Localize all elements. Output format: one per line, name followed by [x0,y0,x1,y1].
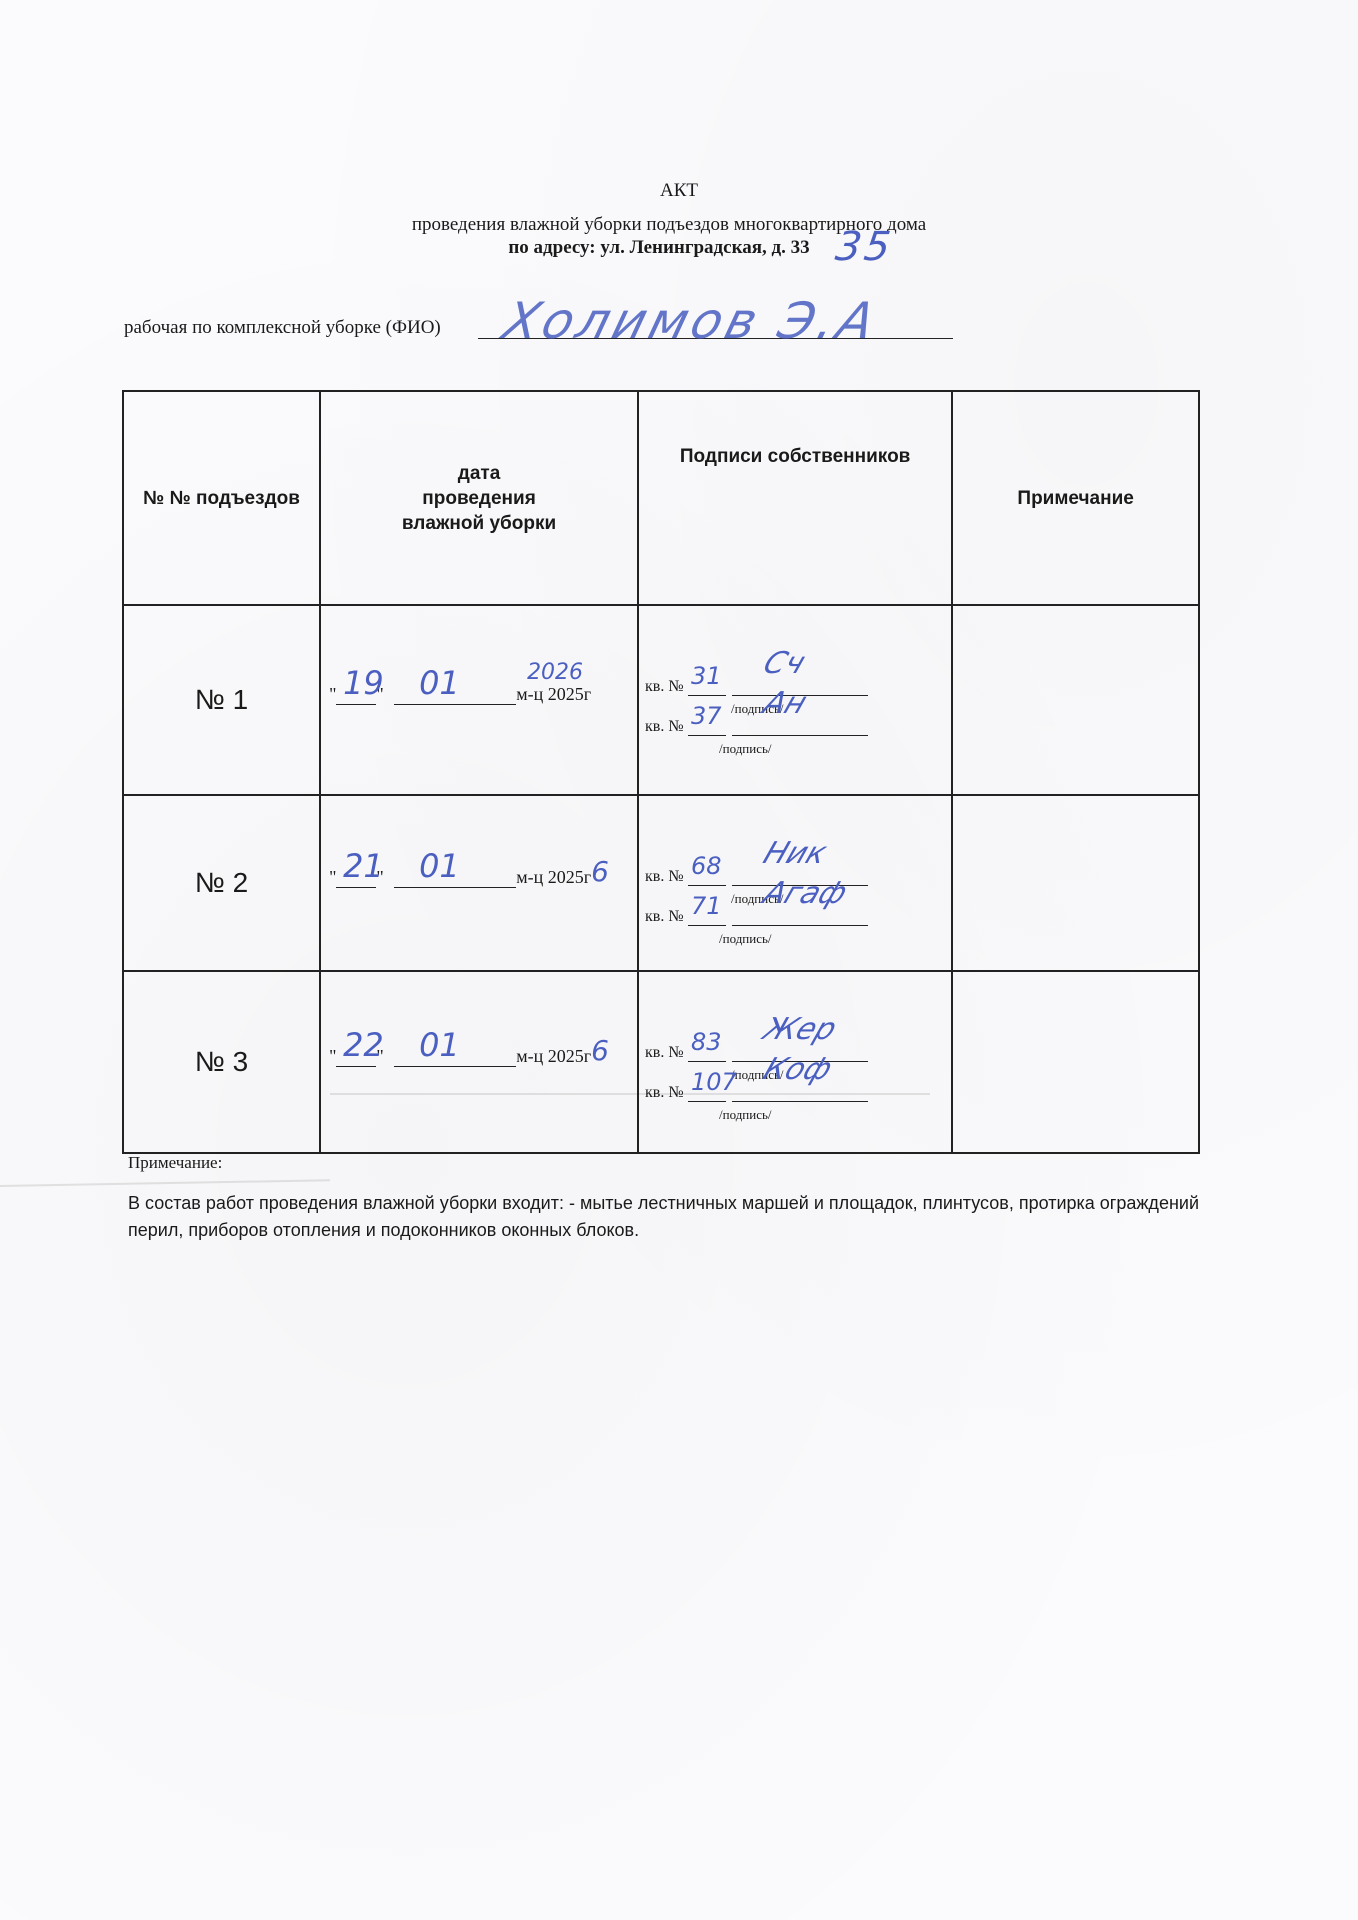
row-note-cell[interactable] [952,795,1199,971]
handwritten-apartment-number: 83 [691,1028,722,1056]
worker-label: рабочая по комплексной уборке (ФИО) [124,317,441,339]
handwritten-day: 19 [343,664,384,702]
handwritten-apartment-number: 71 [691,892,722,920]
handwritten-apartment-number: 68 [691,852,722,880]
cleaning-date-cell[interactable]: "" м-ц 2025г 21 01 6 [320,795,638,971]
handwritten-month: 01 [419,847,460,885]
handwritten-signature: Сч [759,646,810,681]
handwritten-signature: Жер [759,1012,842,1047]
handwritten-apartment-number: 31 [691,662,722,690]
document-title: АКТ [0,180,1358,202]
handwritten-signature: Коф [759,1052,837,1087]
signature-caption: /подпись/ [719,1107,772,1123]
handwritten-day: 22 [343,1026,384,1064]
signature-caption: /подпись/ [719,741,772,757]
signature-caption: /подпись/ [719,931,772,947]
handwritten-signature: Агаф [759,876,852,911]
cleaning-act-table: № № подъездов дата проведения влажной уб… [122,390,1200,1154]
table-row: № 1 "" м-ц 2025г 19 01 2026 кв. № 31 [123,605,1199,795]
entrance-number: № 1 [123,605,320,795]
owner-signatures-cell[interactable]: кв. № 68 Ник /подпись/ кв. № 71 Агаф /по… [638,795,952,971]
signature-line[interactable]: кв. № 31 Сч [645,678,868,696]
row-note-cell[interactable] [952,971,1199,1153]
entrance-number: № 2 [123,795,320,971]
entrance-number: № 3 [123,971,320,1153]
document-address: по адресу: ул. Ленинградская, д. 33 [0,237,1338,259]
document-subtitle: проведения влажной уборки подъездов мног… [0,214,1348,236]
signature-field[interactable] [732,911,868,926]
header-note: Примечание [952,391,1199,605]
handwritten-year-correction: 6 [591,855,609,888]
signature-field[interactable] [732,1087,868,1102]
handwritten-apartment-number: 107 [691,1068,737,1096]
note-label: Примечание: [128,1153,222,1173]
month-year-suffix: м-ц 2025г [516,1046,591,1066]
handwritten-year-correction: 6 [591,1034,609,1067]
header-date: дата проведения влажной уборки [320,391,638,605]
month-year-suffix: м-ц 2025г [516,684,591,704]
note-text: В состав работ проведения влажной уборки… [128,1190,1218,1244]
handwritten-month: 01 [419,1026,460,1064]
table-header-row: № № подъездов дата проведения влажной уб… [123,391,1199,605]
handwritten-apartment-number: 37 [691,702,722,730]
owner-signatures-cell[interactable]: кв. № 31 Сч /подпись/ кв. № 37 Ан /подпи… [638,605,952,795]
handwritten-year: 2026 [527,660,583,685]
signature-line[interactable]: кв. № 71 Агаф [645,908,868,926]
signature-field[interactable] [732,721,868,736]
handwritten-worker-name: Холимов Э.А [497,292,885,350]
signature-line[interactable]: кв. № 107 Коф [645,1084,868,1102]
month-year-suffix: м-ц 2025г [516,867,591,887]
cleaning-date-cell[interactable]: "" м-ц 2025г 19 01 2026 [320,605,638,795]
handwritten-house-number: 35 [833,224,896,270]
header-entrance: № № подъездов [123,391,320,605]
handwritten-day: 21 [343,847,384,885]
row-note-cell[interactable] [952,605,1199,795]
handwritten-signature: Ник [759,836,832,871]
table-row: № 3 "" м-ц 2025г 22 01 6 кв. № 83 [123,971,1199,1153]
table-row: № 2 "" м-ц 2025г 21 01 6 кв. № 68 [123,795,1199,971]
handwritten-month: 01 [419,664,460,702]
owner-signatures-cell[interactable]: кв. № 83 Жер /подпись/ кв. № 107 Коф /по… [638,971,952,1153]
header-signatures: Подписи собственников [638,391,952,605]
signature-line[interactable]: кв. № 37 Ан [645,718,868,736]
cleaning-date-cell[interactable]: "" м-ц 2025г 22 01 6 [320,971,638,1153]
